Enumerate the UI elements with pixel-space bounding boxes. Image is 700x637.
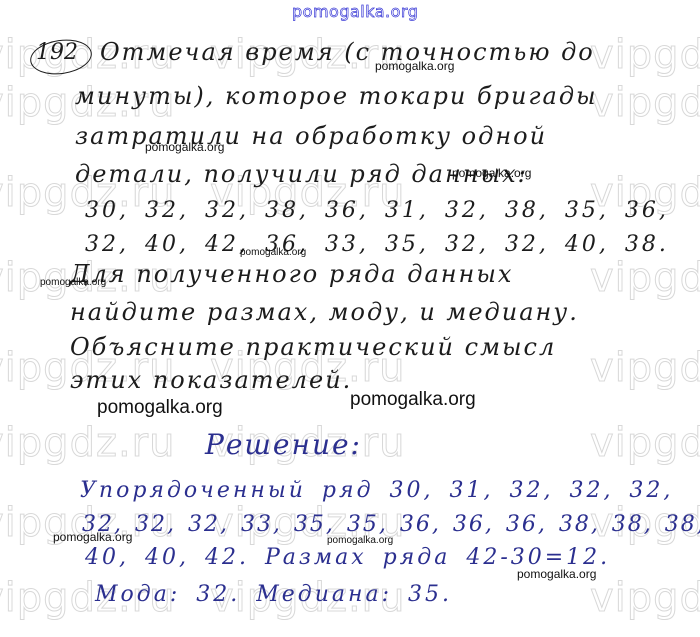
solution-heading: Решение: (205, 428, 362, 461)
problem-line: найдите размах, моду, и медиану. (70, 298, 579, 326)
pomogalka-watermark: pomogalka.org (375, 59, 454, 73)
problem-number: 192 (36, 40, 78, 65)
homework-page: vipgdz.ru vipgdz.ru vipgdz vipgdz.ru vip… (0, 0, 700, 637)
problem-line: Объясните практический смысл (70, 333, 556, 361)
pomogalka-watermark: pomogalka.org (452, 166, 531, 180)
data-series-line: 32, 40, 42, 36, 33, 35, 32, 32, 40, 38. (85, 232, 669, 257)
problem-line: Для полученного ряда данных (70, 260, 513, 288)
vipgdz-watermark: vipgdz.ru (0, 420, 175, 466)
pomogalka-watermark: pomogalka.org (327, 535, 393, 546)
pomogalka-watermark: pomogalka.org (350, 389, 476, 411)
solution-line: 32, 32, 32, 33, 35, 35, 36, 36, 36, 38, … (82, 512, 700, 537)
solution-line: Мода: 32. Медиана: 35. (95, 582, 452, 607)
pomogalka-watermark: pomogalka.org (517, 567, 596, 581)
pomogalka-watermark: pomogalka.org (240, 247, 306, 258)
pomogalka-watermark: pomogalka.org (40, 277, 106, 288)
vipgdz-watermark: vipgdz (590, 32, 700, 78)
problem-line: этих показателей. (70, 366, 352, 394)
vipgdz-watermark: vipgdz (590, 255, 700, 301)
pomogalka-watermark: pomogalka.org (53, 530, 132, 544)
top-watermark: pomogalka.org (292, 2, 418, 21)
vipgdz-watermark: vipgdz (590, 575, 700, 621)
vipgdz-watermark: vipgdz (590, 345, 700, 391)
pomogalka-watermark: pomogalka.org (97, 397, 223, 419)
problem-line: Отмечая время (с точностью до (100, 38, 595, 66)
vipgdz-watermark: vipgdz (590, 80, 700, 126)
data-series-line: 30, 32, 32, 38, 36, 31, 32, 38, 35, 36, (85, 198, 669, 223)
pomogalka-watermark: pomogalka.org (145, 140, 224, 154)
problem-line: минуты), которое токари бригады (75, 82, 598, 110)
solution-line: Упорядоченный ряд 30, 31, 32, 32, 32, (80, 478, 673, 503)
vipgdz-watermark: vipgdz (590, 420, 700, 466)
